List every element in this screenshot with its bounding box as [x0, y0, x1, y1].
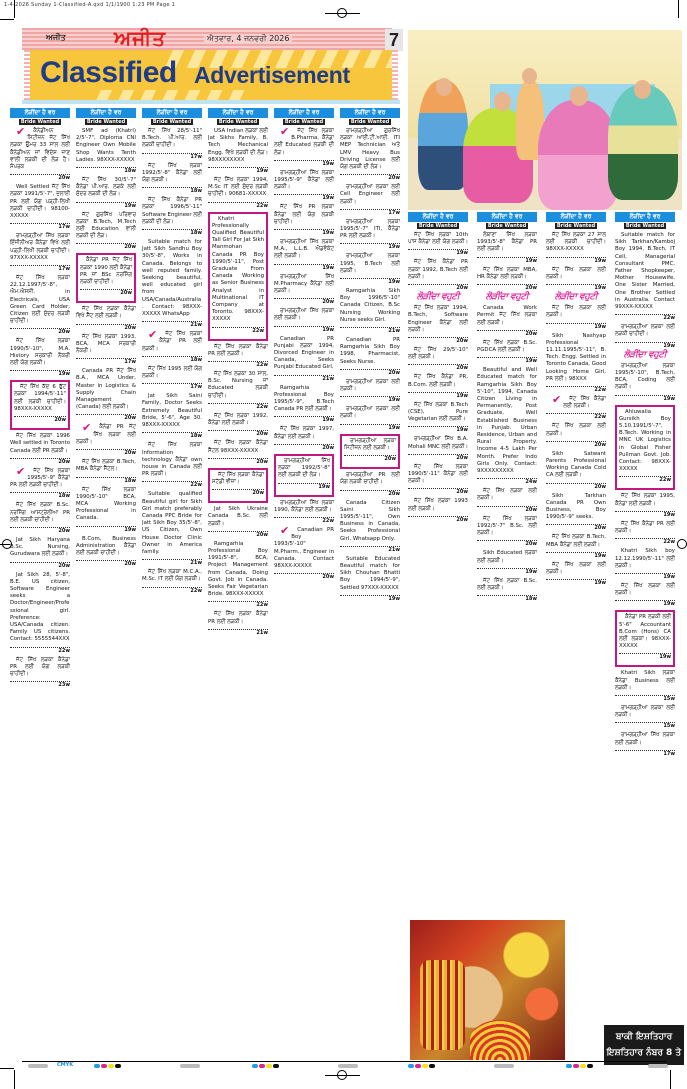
dotted-rule [274, 372, 334, 376]
ad-text: ਰਾਮਗੜ੍ਹੀਆ ਲੜਕਾ ਲਈ ਲੜਕੀ ਚਾਹੀਦੀ। [615, 324, 675, 337]
classified-ad: ਜੱਟ ਸਿੱਖ 30/5'-7" ਕੈਨੇਡਾ ਪੀ.ਆਰ. ਲੜਕੇ ਲਈ … [76, 177, 136, 209]
dotted-rule [615, 535, 675, 539]
section-subheading: Bride Wanted [283, 119, 325, 125]
ad-code: 21w [340, 329, 400, 334]
ad-text: ਜੱਟ ਸਿੱਖ ਲੜਕਾ B.Sc. ਨਰਸਿੰਗ ਆਸਟ੍ਰੇਲੀਆ PR … [10, 502, 70, 522]
ad-text: Jat Sikh Ukraine Canada B.Sc. ਲਈ ਲੜਕੀ। [208, 506, 268, 526]
ad-text: Suitable match for Sikh Tarkhan/Kamboj B… [615, 232, 675, 310]
ad-code: 22w [142, 589, 202, 594]
banner-right-stripe [392, 50, 398, 100]
dotted-rule [546, 521, 606, 525]
classified-ad: B.Com, Business Administration ਕੈਨੇਡਾ ਲਈ… [76, 536, 136, 568]
classified-ad: ਜੱਟ ਸਿੱਖ ਲੜਕਾ 1990/5'-10", M.A. History … [10, 338, 70, 377]
color-swatch [573, 1064, 579, 1068]
dotted-rule [208, 400, 268, 404]
dotted-rule [615, 747, 675, 751]
dotted-rule [340, 324, 400, 328]
classified-column-1: ਲੋੜੀਂਦਾ ਹੈ ਵਰBride Wanted✔ਕੈਨੇਡੀਅਨ ਸਿਟੀਜ… [10, 108, 70, 1058]
dotted-rule [274, 570, 334, 574]
ad-code: 20w [340, 492, 400, 497]
section-subheading: Bride Wanted [624, 223, 666, 229]
ad-code: 22w [546, 415, 606, 420]
ad-code: 20w [344, 457, 396, 462]
classified-column-5: ਲੋੜੀਂਦਾ ਹੈ ਵਰBride Wanted✔ਜੱਟ ਸਿੱਖ ਲੜਕਾ … [274, 108, 334, 1058]
ad-code: 20w [76, 562, 136, 567]
classified-ad: ਜੱਟ ਸਿੱਖ ਲੜਕਾ ਕੈਨੇਡਾ PR ਲਈ ਲੜਕੀ।22w [208, 344, 268, 368]
dotted-rule [274, 157, 334, 161]
classified-ad: Suitable qualified Beautiful girl for Si… [142, 491, 202, 566]
ad-code: 19w [340, 426, 400, 431]
ad-text: ਜੱਟ ਸਿੱਖ ਲੜਕਾ 1992/5'-7" B.Sc. ਲਈ ਲੜਕੀ। [477, 516, 537, 536]
section-heading: ਲੋੜੀਂਦਾ ਹੈ ਵਰ [10, 108, 70, 118]
ad-text: B.Com, Business Administration ਕੈਨੇਡਾ ਲਈ… [76, 536, 136, 556]
ad-text: ਜੱਟ ਸਿੱਖ ਲੜਕਾ ਕੈਨੇਡਾ ਵਿਖੇ ਸੈੱਟ ਲਈ ਲੜਕੀ। [76, 306, 136, 319]
classified-ad: Ramgarhia Sikh Boy 1996/5'-10" Canada Ci… [340, 288, 400, 334]
ad-text: ਜੱਟ ਸਿੱਖ ਲੜਕਾ 22.12.1997/5'-8", ਐਮ.ਐਸਸੀ.… [10, 275, 70, 324]
ad-code: 18w [142, 189, 202, 194]
dotted-rule [546, 480, 606, 484]
dotted-rule [477, 503, 537, 507]
ad-code: 19w [278, 485, 330, 490]
ad-code: 15w [615, 724, 675, 729]
section-heading: ਲੋੜੀਂਦਾ ਹੈ ਵਰ [340, 108, 400, 118]
ad-code: 21w [340, 548, 400, 553]
ad-text: ਜੱਟ ਸਿੱਖ ਲੜਕਾ ਕੈਨੇਡਾ PR ਲਈ ਯੋਗ ਲੜਕੀ ਚਾਹੀ… [10, 657, 70, 677]
ad-text: ਰਾਮਗੜ੍ਹੀਆ PR ਲਈ ਯੋਗ ਲੜਕੀ ਚਾਹੀਦੀ। [340, 472, 400, 485]
dotted-rule [477, 565, 537, 569]
section-heading: ਲੋੜੀਂਦਾ ਹੈ ਵਰ [208, 108, 268, 118]
gray-registration-pill [338, 1064, 358, 1068]
ad-code: 19w [274, 162, 334, 167]
dotted-rule [619, 650, 671, 654]
ad-code: 20w [208, 432, 268, 437]
ad-code: 20w [477, 332, 537, 337]
figure [608, 85, 678, 200]
dotted-rule [80, 286, 132, 290]
classified-ad: ਰਾਮਗੜ੍ਹੀਆ ਸਿੱਖ ਲੜਕਾ ਲਈ ਲੜਕੀ।19w [274, 308, 334, 332]
dotted-rule [278, 480, 330, 484]
section-heading: ਲੋੜੀਂਦਾ ਹੈ ਵਰ [142, 108, 202, 118]
ad-text: ਜੱਟ ਸਿੱਖ ਲੜਕਾ Information technology ਕੈਨ… [142, 442, 202, 477]
classified-column-6: ਲੋੜੀਂਦਾ ਹੈ ਵਰBride Wantedਰਾਮਗੜ੍ਹੀਆ ਗੁਰਸਿ… [340, 108, 400, 1058]
checkmark-icon: ✔ [142, 331, 157, 339]
ad-text: ਜੱਟ ਸਿੱਖ ਲੜਕਾ 10th ਪਾਸ ਕੈਨੇਡਾ ਲਈ ਯੋਗ ਲੜਕ… [408, 232, 468, 245]
dotted-rule [546, 383, 606, 387]
ad-text: Canadian PR Punjabi ਲੜਕਾ 1994, Divorced … [274, 336, 334, 371]
classified-ad: ਜੱਟ ਸਿੱਖ ਲੜਕਾ M.C.A., M.Sc. IT ਲਈ ਯੋਗ ਲੜ… [142, 569, 202, 593]
classified-ad: ਜੱਟ ਸਿੱਖ ਕੈਨੇਡਾ PR ਲਈ ਲੜਕੀ।22w [615, 521, 675, 545]
classified-ad: ਜੱਟ ਸਿੱਖ ਲੜਕਾ 1997, ਕੈਨੇਡਾ ਲਈ ਲੜਕੀ।20w [274, 426, 334, 450]
boxed-classified-ad: Khatri Professionally Qualified Beautifu… [208, 212, 268, 341]
page-number: 7 [385, 29, 403, 51]
dotted-rule [477, 254, 537, 258]
classified-ad: ਜੱਟ ਸਿੱਖ ਲੜਕਾ 1996 Well settled in Toron… [10, 433, 70, 465]
classified-ad: ਰਾਮਗੜ੍ਹੀਆ ਲੜਕਾ ਲਈ ਲੜਕੀ।19w [340, 379, 400, 403]
classified-ad: ਰਾਮਗੜ੍ਹੀਆ ਲੜਕਾ 1995/5'-10", B.Tech, BCA,… [615, 363, 675, 402]
ad-text: ਜੱਟ ਸਿੱਖ ਲੜਕਾ 1995, ਕੈਨੇਡਾ ਲਈ ਲੜਕੀ। [615, 493, 675, 506]
classified-ad: ਲੋਬਾਣਾ ਸਿੱਖ ਲੜਕਾ 1993/5'-8" ਕੈਨੇਡਾ PR ਲਈ… [477, 232, 537, 264]
ad-code: 17w [142, 385, 202, 390]
dotted-rule [408, 361, 468, 365]
classified-ad: ਰਾਮਗੜ੍ਹੀਆ ਸਿੱਖ M.Pharmacy ਕੈਨੇਡਾ ਲਈ ਲੜਕੀ… [274, 274, 334, 306]
ad-code: 21w [208, 631, 268, 636]
classified-ad: ਜੱਟ ਸਿੱਖ ਲੜਕਾ ਕੈਨੇਡਾ ਸੈੱਟਲ 98XXX-XXXXX20… [208, 440, 268, 464]
dotted-rule [615, 719, 675, 723]
dotted-rule [340, 275, 400, 279]
classified-ad: ਰਾਮਗੜ੍ਹੀਆ ਸਿੱਖ ਲੜਕਾ ਲਈ ਲੜਕੀ।17w [615, 732, 675, 756]
classified-ad: ਰਾਮਗੜ੍ਹੀਆ ਲੜਕਾ 1995, B.Tech ਲਈ ਲੜਕੀ।19w [340, 253, 400, 285]
dotted-rule [344, 452, 396, 456]
classified-ad: Suitable match for Sikh Tarkhan/Kamboj B… [615, 232, 675, 321]
classified-ad: ਜੱਟ ਸਿੱਖ ਕੈਨੇਡਾ PR ਲੜਕਾ 1992, B.Tech ਲਈ … [408, 259, 468, 291]
dotted-rule [274, 514, 334, 518]
dotted-rule [615, 311, 675, 315]
classified-ad: ਜੱਟ ਸਿੱਖ ਲੜਕਾ 1990/5'-10" BCA, MCA Worki… [76, 487, 136, 533]
ad-text: Khatri Sikh boy 12.12.1990/5'-11" ਲਈ ਲੜਕ… [615, 548, 675, 568]
ad-text: ਜੱਟ ਸਿੱਖ ਲੜਕਾ B.Tech (CSE), Pure Vegetar… [408, 402, 468, 422]
registration-mark-icon [677, 539, 687, 549]
classified-ad: ਜੱਟ ਸਿੱਖ ਲੜਕਾ 1992/5'-7" B.Sc. ਲਈ ਲੜਕੀ।2… [477, 516, 537, 548]
classified-ad: Suitable match for Jatt Sikh Sandhu Boy … [142, 239, 202, 328]
ad-text: ਜੱਟ ਸਿੱਖ ਕੱਦ 6 ਫੁੱਟ ਲੜਕਾ 1994/5'-11" ਲਈ … [14, 384, 66, 412]
ad-code: 19w [340, 280, 400, 285]
dotted-rule [76, 523, 136, 527]
classified-ad: Suitable Educated Beautiful match for Si… [340, 556, 400, 602]
color-swatch [108, 1064, 114, 1068]
classified-ad: ਜੱਟ ਸਿੱਖ ਲੜਕਾ 1993, BCA, MCA ਸਰਕਾਰੀ ਨੌਕਰ… [76, 334, 136, 366]
registration-mark-icon [337, 1070, 347, 1080]
dotted-rule [408, 423, 468, 427]
classified-ad: ਰਾਮਗੜ੍ਹੀਆ ਸਿੱਖ ਲੜਕਾ 1990, ਕੈਨੇਡਾ ਲਈ ਲੜਕੀ… [274, 500, 334, 524]
ad-text: ਜੱਟ ਸਿੱਖ ਲੜਕਾ B.Sc. ਲਈ ਲੜਕੀ। [477, 578, 537, 591]
classified-ad: ਜੱਟ ਸਿੱਖ ਲੜਕਾ 27 ਸਾਲ ਲਈ ਲੜਕੀ ਚਾਹੀਦੀ। 98X… [546, 232, 606, 264]
classified-ad: ਰਾਮਗੜ੍ਹੀਆ ਗੁਰਸਿੱਖ ਲੜਕਾ ਆਈ.ਟੀ.ਆਈ. ITI MEP… [340, 128, 400, 181]
ad-code: 20w [546, 526, 606, 531]
section-subheading: Bride Wanted [217, 119, 259, 125]
dotted-rule [408, 451, 468, 455]
ad-text: ਜੱਟ ਸਿੱਖ ਲੜਕਾ 1990/5'-10", M.A. History … [10, 338, 70, 366]
print-slug: 1-4-2026 Sunday 1-Classified-A.qxd 1/1/1… [4, 2, 175, 8]
ad-text: ਰਾਮਗੜ੍ਹੀਆ ਸਿੱਖ ਲੜਕਾ 1992/5'-8" ਲਈ ਲੜਕੀ ਦ… [278, 458, 330, 478]
classified-ad: USA Indian ਲੜਕਾ ਲਈ Jat Sikhs Family, B. … [208, 128, 268, 174]
ad-text: Canada Work Permit ਜੱਟ ਸਿੱਖ ਲੜਕਾ ਲਈ ਲੜਕੀ… [477, 305, 537, 325]
checkmark-icon: ✔ [274, 527, 289, 535]
bridal-bangles-image [410, 920, 565, 1060]
gray-registration-pill [494, 1064, 514, 1068]
crop-mark [670, 1070, 671, 1089]
dotted-rule [208, 528, 268, 532]
dotted-rule [274, 323, 334, 327]
classified-ad: ਜੱਟ ਸਿੱਖ ਲੜਕਾ ਲਈ ਲੜਕੀ।19w [546, 267, 606, 291]
ad-text: ਰਾਮਗੜ੍ਹੀਆ ਗੁਰਸਿੱਖ ਲੜਕਾ ਆਈ.ਟੀ.ਆਈ. ITI MEP… [340, 128, 400, 170]
dotted-rule [76, 557, 136, 561]
classified-ad: ਜੱਟ ਸਿੱਖ ਲੜਕਾ 1995, ਕੈਨੇਡਾ ਲਈ ਲੜਕੀ।19w [615, 493, 675, 517]
masthead: ਅਜੀਤ ਅਜੀਤ ਐਤਵਾਰ, 4 ਜਨਵਰੀ 2026 [22, 28, 392, 50]
dotted-rule [10, 262, 70, 266]
ad-code: 20w [14, 418, 66, 423]
classified-ad: ✔ਕੈਨੇਡਾ PR ਜੱਟ ਸਿੱਖ ਲੜਕਾ ਲਈ ਲੜਕੀ।20w [76, 424, 136, 456]
classified-ad: Ramgarhia Professional Boy 1991/5'-8", B… [208, 541, 268, 609]
ad-code: 18w [142, 231, 202, 236]
ad-code: 18w [76, 169, 136, 174]
ad-text: ਜੱਟ ਸਿੱਖ ਲੜਕਾ B.Sc. PGDCA ਲਈ ਲੜਕੀ। [477, 340, 537, 353]
banner-underline [22, 100, 400, 104]
ad-text: ਰਾਮਗੜ੍ਹੀਆ ਲੜਕਾ ਸਿਟੀਜ਼ਨ ਲਈ ਲੜਕੀ। [344, 438, 396, 451]
color-swatch [422, 1064, 428, 1068]
ad-code: 22w [615, 316, 675, 321]
classified-ad: ਜੱਟ ਸਿੱਖ ਲੜਕਾ B.Sc. ਨਰਸਿੰਗ ਆਸਟ੍ਰੇਲੀਆ PR … [10, 502, 70, 534]
ad-code: 22w [208, 405, 268, 410]
classified-ad: Canadian PR Punjabi ਲੜਕਾ 1994, Divorced … [274, 336, 334, 382]
classified-ad: ਜੱਟ ਸਿੱਖ PR ਲੜਕਾ ਕੈਨੇਡਾ ਲਈ ਯੋਗ ਲੜਕੀ ਚਾਹੀ… [274, 204, 334, 236]
dotted-rule [76, 199, 136, 203]
ad-text: Sikh Satwant Parents Professional Workin… [546, 451, 606, 479]
classified-ad: ਜੱਟ ਸਿੱਖ ਲੜਕਾ 22.12.1997/5'-8", ਐਮ.ਐਸਸੀ.… [10, 275, 70, 335]
ad-code: 20w [408, 518, 468, 523]
ad-code: 17w [340, 211, 400, 216]
section-heading: ਲੋੜੀਂਦਾ ਹੈ ਵਰ [546, 212, 606, 222]
section-divider-logo: ਲੋੜੀਂਦਾ ਵਹੁਟੀ [546, 294, 606, 301]
crop-mark [0, 19, 14, 20]
ad-text: ਜੱਟ ਸਿੱਖ ਲੜਕਾ ਲਈ ਲੜਕੀ। [546, 305, 606, 318]
classified-ad: ਜੱਟ ਸਿੱਖ ਲੜਕਾ ਕੈਨੇਡਾ PR ਲਈ ਲੜਕੀ।21w [208, 611, 268, 635]
ad-text: ਜੱਟ ਸਿੱਖ ਲੜਕਾ ਕੈਨੇਡਾ ਸੈੱਟਲ 98XXX-XXXXX [208, 440, 268, 453]
classified-ad: ਜੱਟ ਸਿੱਖ ਲੜਕਾ ਲਈ ਲੜਕੀ।19w [615, 583, 675, 607]
cmyk-swatches [252, 1064, 279, 1068]
ad-code: 20w [208, 533, 268, 538]
ad-text: Canada PR ਜੱਟ ਸਿੱਖ B.A., MCA Under, Mast… [76, 368, 136, 410]
ad-text: ਜੱਟ ਸਿੱਖ ਲੜਕਾ 1993, BCA, MCA ਸਰਕਾਰੀ ਨੌਕਰ… [76, 334, 136, 354]
ad-text: Jat Sikh 28, 5'-8", B.E. US citizen, Sof… [10, 572, 70, 643]
checkmark-icon: ✔ [274, 128, 289, 136]
dotted-rule [142, 150, 202, 154]
classified-ad: ਰਾਮਗੜ੍ਹੀਆ ਸਿੱਖ ਲੜਕਾ ਇੰਜੀਨੀਅਰ ਕੈਨੇਡਾ ਵਿਖੇ… [10, 233, 70, 272]
ad-code: 20w [408, 366, 468, 371]
color-swatch [115, 1064, 121, 1068]
ad-code: 22w [208, 603, 268, 608]
dotted-rule [212, 486, 264, 490]
classified-ad: Sikh Satwant Parents Professional Workin… [546, 451, 606, 490]
ad-code: 20w [274, 300, 334, 305]
dotted-rule [408, 281, 468, 285]
ad-text: ਰਾਮਗੜ੍ਹੀਆ ਸਿੱਖ B.A. Mohali MNC ਲਈ ਲੜਕੀ। [408, 436, 468, 449]
classified-ad: Sikh Nashyap Professional 11.11.1995/5'-… [546, 333, 606, 393]
classified-column-3: ਲੋੜੀਂਦਾ ਹੈ ਵਰBride Wantedਜੱਟ ਸਿੱਖ 28/5'-… [142, 108, 202, 1058]
color-swatch [259, 1064, 265, 1068]
crop-mark [14, 0, 15, 18]
dotted-rule [615, 339, 675, 343]
section-subheading: Bride Wanted [486, 223, 528, 229]
ad-text: ਜੱਟ ਸਿੱਖ ਲੜਕਾ 1990/5'-10" BCA, MCA Worki… [76, 487, 136, 522]
gray-registration-pill [28, 1064, 48, 1068]
classified-ad: ਜੱਟ ਸਿੱਖ ਲੜਕਾ 10th ਪਾਸ ਕੈਨੇਡਾ ਲਈ ਯੋਗ ਲੜਕ… [408, 232, 468, 256]
classified-column-4: ਲੋੜੀਂਦਾ ਹੈ ਵਰBride WantedUSA Indian ਲੜਕਾ… [208, 108, 268, 1058]
ad-text: SMF ad (Khatri) 2/5'-7", Diploma CNI Eng… [76, 128, 136, 163]
ad-code: 19w [546, 325, 606, 330]
dotted-rule [546, 410, 606, 414]
classified-ad: ਰਾਮਗੜ੍ਹੀਆ ਸਿੱਖ B.A. Mohali MNC ਲਈ ਲੜਕੀ।2… [408, 436, 468, 460]
ad-code: 22w [615, 540, 675, 545]
ad-code: 19w [477, 259, 537, 264]
dotted-rule [408, 513, 468, 517]
section-heading: ਲੋੜੀਂਦਾ ਹੈ ਵਰ [408, 212, 468, 222]
ad-text: USA Indian ਲੜਕਾ ਲਈ Jat Sikhs Family, B. … [208, 128, 268, 163]
ad-code: 19w [546, 259, 606, 264]
ad-code: 19w [408, 251, 468, 256]
continued-notice-line2: ਇਸ਼ਤਿਹਾਰ ਨੰਬਰ 8 ਤੇ [604, 1045, 684, 1061]
dotted-rule [340, 240, 400, 244]
color-swatch [266, 1064, 272, 1068]
ad-code: 20w [546, 485, 606, 490]
classified-ad: ✔ਜੱਟ ਸਿੱਖ ਕੈਨੇਡਾ ਲਈ ਲੜਕੀ।22w [546, 396, 606, 420]
dotted-rule [208, 626, 268, 630]
dotted-rule [10, 171, 70, 175]
ad-code: 20w [76, 245, 136, 250]
ad-text: ਜੱਟ ਸਿੱਖ ਲੜਕਾ 1994, M.Sc IT ਲਈ ਸੁੰਦਰ ਲੜਕ… [208, 177, 268, 197]
color-swatch [415, 1064, 421, 1068]
ad-text: ਕੈਨੇਡਾ PR ਜੱਟ ਸਿੱਖ ਲੜਕਾ 1990 ਲਈ ਕੈਨੇਡਾ P… [80, 257, 132, 285]
ad-text: Jat Sikh Saini Family, Doctor Seeks Extr… [142, 393, 202, 428]
ad-text: ਜੱਟ ਸਿੱਖ ਲੜਕਾ 1993 ਲਈ ਲੜਕੀ। [408, 498, 468, 511]
dotted-rule [408, 246, 468, 250]
crop-mark [0, 1068, 14, 1069]
ad-text: ਜੱਟ ਸਿੱਖ 1995 ਲਈ ਯੋਗ ਲੜਕੀ। [142, 366, 202, 379]
ad-text: Ramgarhia Sikh Boy 1996/5'-10" Canada Ci… [340, 288, 400, 323]
issue-date: ਐਤਵਾਰ, 4 ਜਨਵਰੀ 2026 [204, 34, 292, 44]
classified-ad: ਰਾਮਗੜ੍ਹੀਆ ਲੜਕਾ ਲਈ ਲੜਕੀ ਚਾਹੀਦੀ।19w [615, 324, 675, 348]
classified-ad: Canada Work Permit ਜੱਟ ਸਿੱਖ ਲੜਕਾ ਲਈ ਲੜਕੀ… [477, 305, 537, 337]
classified-ad: ਰਾਮਗੜ੍ਹੀਆ ਸਿੱਖ ਲੜਕਾ 1995/5'-9" ਕੈਨੇਡਾ ਲਈ… [274, 170, 334, 202]
ad-text: ਕੈਨੇਡਾ PR ਲੜਕੀ ਲਈ 5'-6" Accountant B.Com… [619, 614, 671, 649]
ad-text: Sikh Educated ਲੜਕਾ ਲਈ ਲੜਕੀ। [477, 550, 537, 563]
ad-code: 19w [76, 204, 136, 209]
classified-ad: Canada Citizen Saini Sikh 1995/5'-11", O… [340, 500, 400, 553]
classified-ad: Ramgarhia Professional Boy 1995/5'-9", B… [274, 385, 334, 424]
classified-ad: ਜੱਟ ਸਿੱਖ ਲੜਕਾ MBA, HR ਕੈਨੇਡਾ ਲਈ ਲੜਕੀ।20w [477, 267, 537, 291]
section-heading: ਲੋੜੀਂਦਾ ਹੈ ਵਰ [477, 212, 537, 222]
classified-ad: ਜੱਟ ਸਿੱਖ 28/5'-11" B.Tech. ਪੀ.ਆਰ. ਲਈ ਲੜਕ… [142, 128, 202, 160]
ad-code: 19w [340, 597, 400, 602]
classified-ad: ਜੱਟ ਸਿੱਖ ਲੜਕਾ ਲਈ ਲੜਕੀ।19w [546, 305, 606, 329]
masthead-label: ਅਜੀਤ [46, 33, 66, 43]
dotted-rule [142, 478, 202, 482]
ad-text: Khatri Professionally Qualified Beautifu… [212, 216, 264, 323]
checkmark-icon: ✔ [10, 128, 25, 136]
cmyk-swatches [566, 1064, 593, 1068]
ad-code: 19w [615, 602, 675, 607]
dotted-rule [10, 524, 70, 528]
classified-ad: Jat Sikh Haryana B.Sc. Nursing, Gurudwar… [10, 537, 70, 569]
ad-text: Canadian PR Ramgarhia Sikh Boy 1998, Pha… [340, 337, 400, 365]
dotted-rule [212, 324, 264, 328]
section-divider-logo: ਲੋੜੀਂਦਾ ਵਹੁਟੀ [408, 294, 468, 301]
dotted-rule [10, 489, 70, 493]
boxed-classified-ad: ਕੈਨੇਡਾ PR ਲੜਕੀ ਲਈ 5'-6" Accountant B.Com… [615, 610, 675, 667]
dotted-rule [76, 474, 136, 478]
ad-text: ਰਾਮਗੜ੍ਹੀਆ ਲੜਕਾ ਲਈ ਲੜਕੀ। [615, 705, 675, 718]
ad-text: ਜੱਟ ਸਿੱਖ ਲੜਕਾ ਕੈਨੇਡਾ ਸਟੱਡੀ ਵੀਜ਼ਾ। [212, 472, 264, 485]
classified-ad: Khatri Sikh ਲੜਕਾ ਕੈਨੇਡਾ Business ਲਈ ਲੜਕੀ… [615, 670, 675, 702]
section-heading: ਲੋੜੀਂਦਾ ਹੈ ਵਰ [274, 108, 334, 118]
dotted-rule [274, 261, 334, 265]
ad-text: ਰਾਮਗੜ੍ਹੀਆ ਲੜਕਾ 1995/5'-10", B.Tech, BCA,… [615, 363, 675, 391]
dotted-rule [274, 191, 334, 195]
ad-code: 17w [615, 752, 675, 757]
dotted-rule [142, 584, 202, 588]
ad-code: 19w [615, 397, 675, 402]
gray-registration-pill [180, 1064, 200, 1068]
ad-code: 19w [340, 398, 400, 403]
dotted-rule [76, 321, 136, 325]
dotted-rule [615, 508, 675, 512]
color-swatch [429, 1064, 435, 1068]
dotted-rule [142, 184, 202, 188]
dotted-rule [615, 392, 675, 396]
ad-code: 18w [142, 434, 202, 439]
ad-text: ਜੱਟ ਸਿੱਖ ਕੈਨੇਡਾ PR ਲੜਕਾ 1992, B.Tech ਲਈ … [408, 259, 468, 279]
boxed-classified-ad: ਜੱਟ ਸਿੱਖ ਕੱਦ 6 ਫੁੱਟ ਲੜਕਾ 1994/5'-11" ਲਈ … [10, 380, 70, 430]
ad-text: ਜੱਟ ਸਿੱਖ ਲੜਕਾ ਕੈਨੇਡਾ PR ਲਈ ਲੜਕੀ। [208, 344, 268, 357]
classified-ad: Jat Sikh Saini Family, Doctor Seeks Extr… [142, 393, 202, 439]
ad-code: 18w [477, 597, 537, 602]
figure [538, 100, 618, 210]
ad-text: ਜੱਟ ਸਿੱਖ ਲੜਕਾ MBA, HR ਕੈਨੇਡਾ ਲਈ ਲੜਕੀ। [477, 267, 537, 280]
dotted-rule [546, 254, 606, 258]
ad-code: 19w [274, 328, 334, 333]
ad-code: 18w [76, 479, 136, 484]
color-swatch [101, 1064, 107, 1068]
dotted-rule [274, 413, 334, 417]
ad-text: ਰਾਮਗੜ੍ਹੀਆ ਸਿੱਖ M.Pharmacy ਕੈਨੇਡਾ ਲਈ ਲੜਕੀ… [274, 274, 334, 294]
continued-notice-box: ਬਾਕੀ ਇਸ਼ਤਿਹਾਰ ਇਸ਼ਤਿਹਾਰ ਨੰਬਰ 8 ਤੇ [604, 1025, 684, 1065]
ad-code: 20w [408, 339, 468, 344]
classified-ad: ਜੱਟ ਸਿੱਖ ਲੜਕਾ 1990/5'-11" ਕੈਨੇਡਾ ਲਈ ਲੜਕੀ… [408, 464, 468, 496]
ad-text: ਰਾਮਗੜ੍ਹੀਆ ਸਿੱਖ ਲੜਕਾ 1990, ਕੈਨੇਡਾ ਲਈ ਲੜਕੀ… [274, 500, 334, 513]
dotted-rule [274, 295, 334, 299]
classified-ad: ਜੱਟ ਸਿੱਖ ਲੜਕਾ ਲਈ ਲੜਕੀ।20w [546, 423, 606, 447]
classified-ad: ਜੱਟ ਸਿੱਖ ਲੜਕਾ 1994, B.Tech, Software Eng… [408, 305, 468, 344]
classified-ad: ਰਾਮਗੜ੍ਹੀਆ ਸਿੱਖ ਲੜਕਾ M.A., L.L.B. ਐਡਵੋਕੇਟ… [274, 239, 334, 271]
dotted-rule [208, 598, 268, 602]
classified-ad: ✔ਜੱਟ ਸਿੱਖ ਲੜਕਾ 1995/5'-9" ਕੈਨੇਡਾ PR ਲਈ ਲ… [10, 468, 70, 500]
boxed-classified-ad: ਰਾਮਗੜ੍ਹੀਆ ਸਿੱਖ ਲੜਕਾ 1992/5'-8" ਲਈ ਲੜਕੀ ਦ… [274, 454, 334, 497]
classified-ad: ✔Canadian PR Boy 1993/5'-10" M.Pharm., E… [274, 527, 334, 580]
classified-ad: ✔ਕੈਨੇਡੀਅਨ ਸਿਟੀਜ਼ਨ ਜੱਟ ਸਿੱਖ ਲੜਕਾ ਉਮਰ 33 ਸ… [10, 128, 70, 181]
boxed-classified-ad: ਕੈਨੇਡਾ PR ਜੱਟ ਸਿੱਖ ਲੜਕਾ 1990 ਲਈ ਕੈਨੇਡਾ P… [76, 253, 136, 303]
ad-code: 19w [615, 575, 675, 580]
dotted-rule [76, 164, 136, 168]
ad-text: ਜੱਟ ਸਿੱਖ ਲੜਕਾ 1992, ਕੈਨੇਡਾ ਲਈ ਲੜਕੀ। [208, 413, 268, 426]
ad-code: 19w [408, 394, 468, 399]
ad-code: 20w [10, 529, 70, 534]
ad-code: 20w [274, 575, 334, 580]
ad-code: 19w [274, 196, 334, 201]
ad-text: ਜੱਟ ਸਿੱਖ ਲੜਕਾ ਕੈਨੇਡਾ PR ਲਈ ਲੜਕੀ। [208, 611, 268, 624]
classified-ad: ਜੱਟ ਸਿੱਖ ਲੜਕਾ 1994, M.Sc IT ਲਈ ਸੁੰਦਰ ਲੜਕ… [208, 177, 268, 209]
dotted-rule [10, 367, 70, 371]
color-swatch [252, 1064, 258, 1068]
dotted-rule [615, 692, 675, 696]
ad-text: ਜੱਟ ਸਿੱਖ 29/5'-10" ਲਈ ਲੜਕੀ। [408, 347, 468, 360]
ad-code: 19w [477, 359, 537, 364]
ad-text: ਜੱਟ ਸਿੱਖ ਲੜਕਾ 1997, ਕੈਨੇਡਾ ਲਈ ਲੜਕੀ। [274, 426, 334, 439]
ad-code: 19w [408, 428, 468, 433]
classified-ad: Sikh Educated ਲੜਕਾ ਲਈ ਲੜਕੀ।19w [477, 550, 537, 574]
ad-code: 19w [274, 266, 334, 271]
ad-code: 17w [10, 267, 70, 272]
ad-code: 20w [274, 446, 334, 451]
dotted-rule [274, 226, 334, 230]
